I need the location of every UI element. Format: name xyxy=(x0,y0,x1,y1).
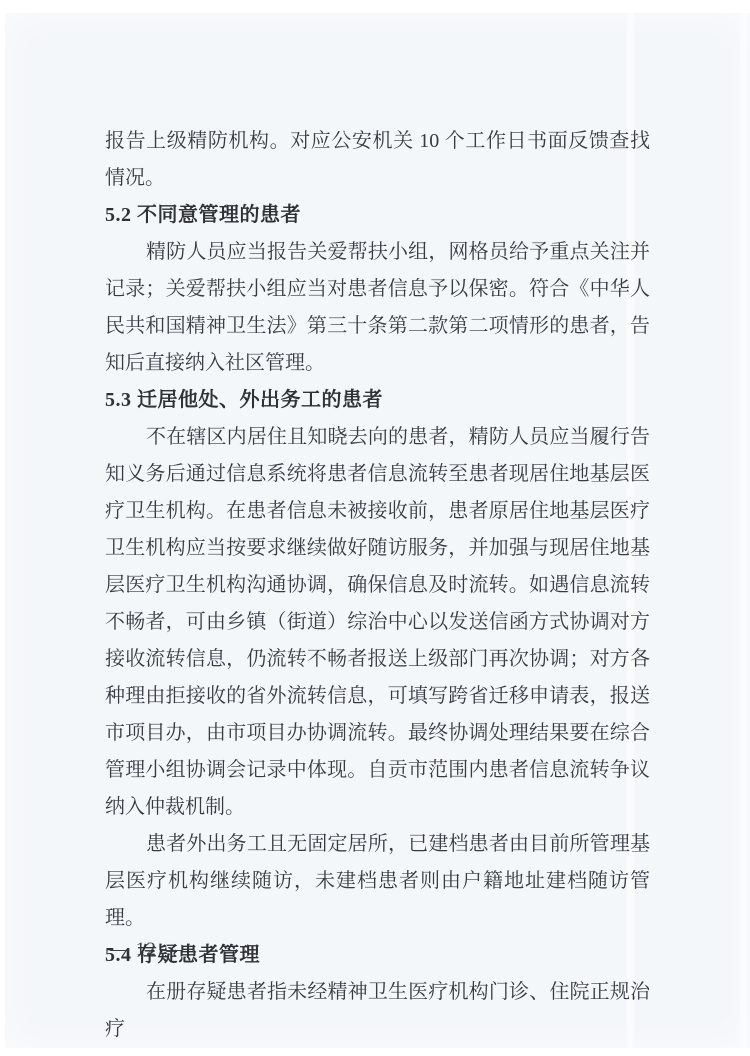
section-heading-5-2: 5.2 不同意管理的患者 xyxy=(105,197,650,234)
section-heading-5-4: 5.4 存疑患者管理 xyxy=(105,937,650,974)
paragraph: 精防人员应当报告关爱帮扶小组，网格员给予重点关注并记录；关爱帮扶小组应当对患者信… xyxy=(105,234,650,382)
paragraph: 不在辖区内居住且知晓去向的患者，精防人员应当履行告知义务后通过信息系统将患者信息… xyxy=(105,419,650,826)
scanned-document-canvas: 报告上级精防机构。对应公安机关 10 个工作日书面反馈查找情况。 5.2 不同意… xyxy=(0,0,750,1056)
scan-streak xyxy=(740,13,747,1048)
document-page: 报告上级精防机构。对应公安机关 10 个工作日书面反馈查找情况。 5.2 不同意… xyxy=(5,13,750,1048)
page-number: — 12 — xyxy=(110,939,183,961)
paragraph: 在册存疑患者指未经精神卫生医疗机构门诊、住院正规治疗 xyxy=(105,974,650,1048)
paragraph: 患者外出务工且无固定居所，已建档患者由目前所管理基层医疗机构继续随访，未建档患者… xyxy=(105,826,650,937)
document-body: 报告上级精防机构。对应公安机关 10 个工作日书面反馈查找情况。 5.2 不同意… xyxy=(105,123,650,1048)
paragraph-continued: 报告上级精防机构。对应公安机关 10 个工作日书面反馈查找情况。 xyxy=(105,123,650,197)
section-heading-5-3: 5.3 迁居他处、外出务工的患者 xyxy=(105,382,650,419)
